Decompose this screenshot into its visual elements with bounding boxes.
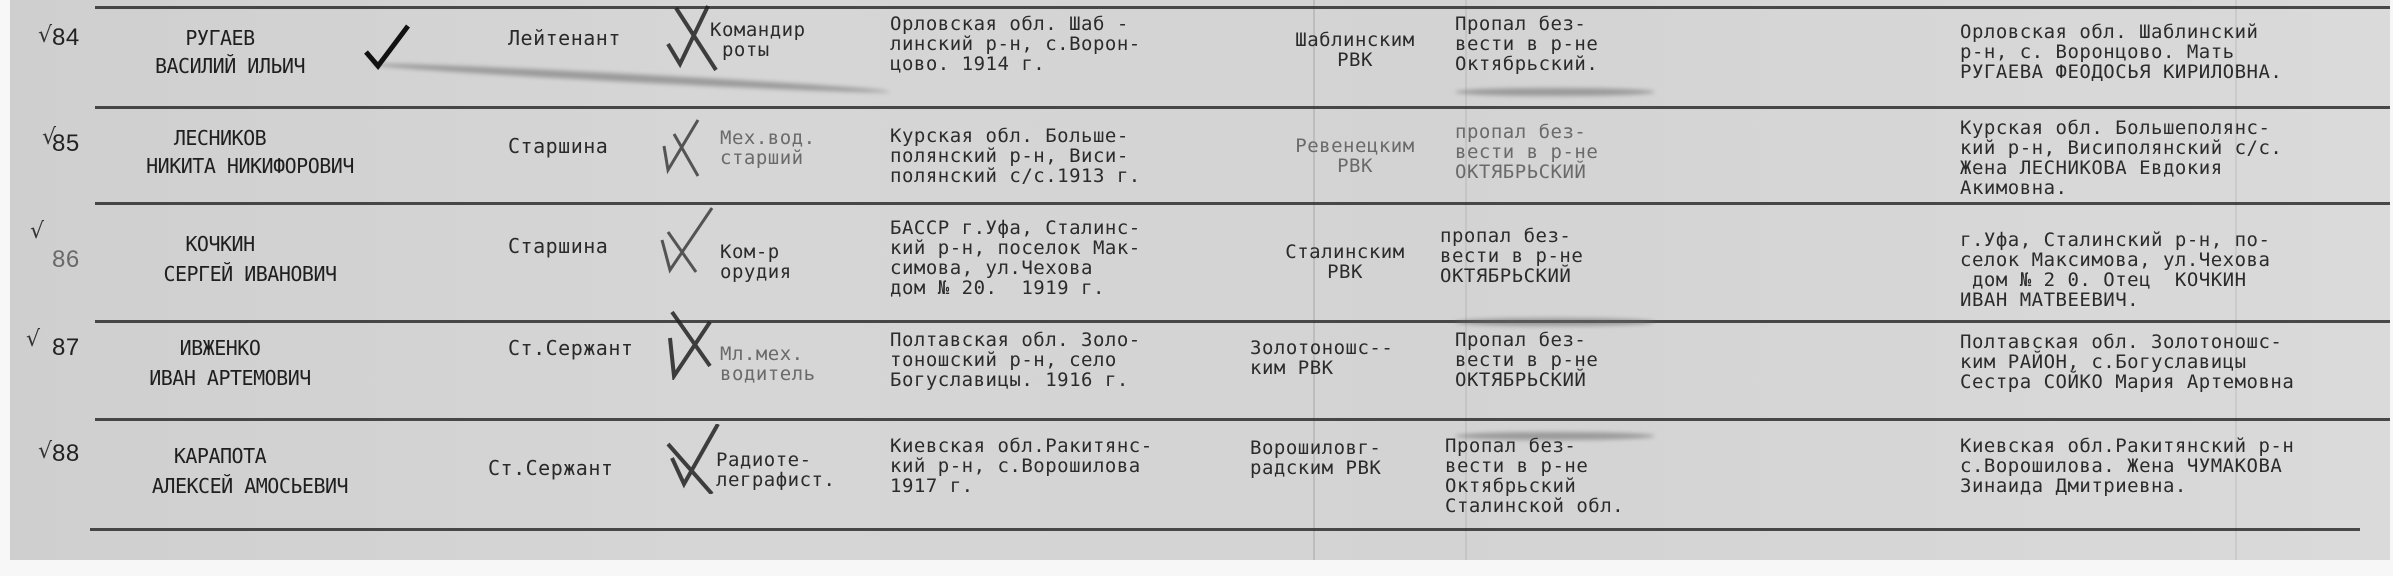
rank: Ст.Сержант xyxy=(488,458,613,478)
pencil-underline xyxy=(1455,88,1655,96)
given-names: ВАСИЛИЙ ИЛЬИЧ xyxy=(120,56,340,76)
row-divider xyxy=(95,6,2390,9)
row-divider xyxy=(90,528,2360,531)
next-of-kin: Курская обл. Большеполянс- кий р-н, Виси… xyxy=(1960,118,2282,198)
surname: КАРАПОТА xyxy=(120,446,320,466)
pencil-underline xyxy=(370,60,890,95)
record-number: 85 xyxy=(52,134,80,154)
row-divider xyxy=(95,106,2390,109)
fate: пропал без- вести в р-не ОКТЯБРЬСКИЙ xyxy=(1440,226,1583,286)
rank: Старшина xyxy=(508,236,608,256)
record-number: 88 xyxy=(52,444,80,464)
fate: Пропал без- вести в р-не Октябрьский Ста… xyxy=(1445,436,1624,516)
fate: пропал без- вести в р-не ОКТЯБРЬСКИЙ xyxy=(1455,122,1598,182)
row-divider xyxy=(95,320,2390,323)
check-mark: √ xyxy=(38,26,53,46)
recruitment-office: Сталинским РВК xyxy=(1260,242,1430,282)
large-check-icon xyxy=(362,22,412,72)
check-mark: √ xyxy=(26,330,41,350)
check-mark: √ xyxy=(38,442,53,462)
row-divider xyxy=(95,202,2390,205)
document-sheet: √ 84 РУГАЕВ ВАСИЛИЙ ИЛЬИЧ Лейтенант Кома… xyxy=(10,0,2390,560)
given-names: СЕРГЕЙ ИВАНОВИЧ xyxy=(110,264,390,284)
birthplace: БАССР г.Уфа, Сталинс- кий р-н, поселок М… xyxy=(890,218,1141,298)
given-names: ИВАН АРТЕМОВИЧ xyxy=(100,368,360,388)
next-of-kin: Орловская обл. Шаблинский р-н, с. Воронц… xyxy=(1960,22,2282,82)
fate: Пропал без- вести в р-не ОКТЯБРЬСКИЙ xyxy=(1455,330,1598,390)
record-number: 84 xyxy=(52,28,80,48)
cross-check-icon xyxy=(658,206,718,276)
record-number: 86 xyxy=(52,250,80,270)
recruitment-office: Шаблинским РВК xyxy=(1270,30,1440,70)
surname: РУГАЕВ xyxy=(120,28,320,48)
surname: ИВЖЕНКО xyxy=(120,338,320,358)
next-of-kin: Киевская обл.Ракитянский р-н с.Ворошилов… xyxy=(1960,436,2294,496)
surname: ЛЕСНИКОВ xyxy=(120,128,320,148)
rank: Лейтенант xyxy=(508,28,621,48)
next-of-kin: г.Уфа, Сталинский р-н, по- селок Максимо… xyxy=(1960,230,2270,310)
position: Мл.мех. водитель xyxy=(720,344,816,384)
fate: Пропал без- вести в р-не Октябрьский. xyxy=(1455,14,1598,74)
recruitment-office: Золотоношс-- ким РВК xyxy=(1250,338,1440,378)
position: Ком-р орудия xyxy=(720,242,792,282)
cross-check-icon xyxy=(658,114,718,184)
position: Мех.вод. старший xyxy=(720,128,816,168)
birthplace: Курская обл. Больше- полянский р-н, Виси… xyxy=(890,126,1141,186)
given-names: АЛЕКСЕЙ АМОСЬЕВИЧ xyxy=(100,476,400,496)
pencil-underline xyxy=(1455,318,1655,326)
birthplace: Киевская обл.Ракитянс- кий р-н, с.Вороши… xyxy=(890,436,1153,496)
rank: Старшина xyxy=(508,136,608,156)
cross-check-icon xyxy=(662,424,722,494)
check-mark: √ xyxy=(30,222,45,242)
next-of-kin: Полтавская обл. Золотоношс- ким РАЙОН, с… xyxy=(1960,332,2294,392)
row-divider xyxy=(95,418,2390,421)
position: Радиоте- леграфист. xyxy=(716,450,835,490)
birthplace: Орловская обл. Шаб - линский р-н, с.Воро… xyxy=(890,14,1141,74)
surname: КОЧКИН xyxy=(120,234,320,254)
birthplace: Полтавская обл. Золо- тоношский р-н, сел… xyxy=(890,330,1141,390)
recruitment-office: Ревенецким РВК xyxy=(1270,136,1440,176)
rank: Ст.Сержант xyxy=(508,338,633,358)
cross-check-icon xyxy=(660,310,720,380)
recruitment-office: Ворошиловг- радским РВК xyxy=(1250,438,1430,478)
given-names: НИКИТА НИКИФОРОВИЧ xyxy=(100,156,400,176)
position: Командир роты xyxy=(710,20,806,60)
record-number: 87 xyxy=(52,338,80,358)
